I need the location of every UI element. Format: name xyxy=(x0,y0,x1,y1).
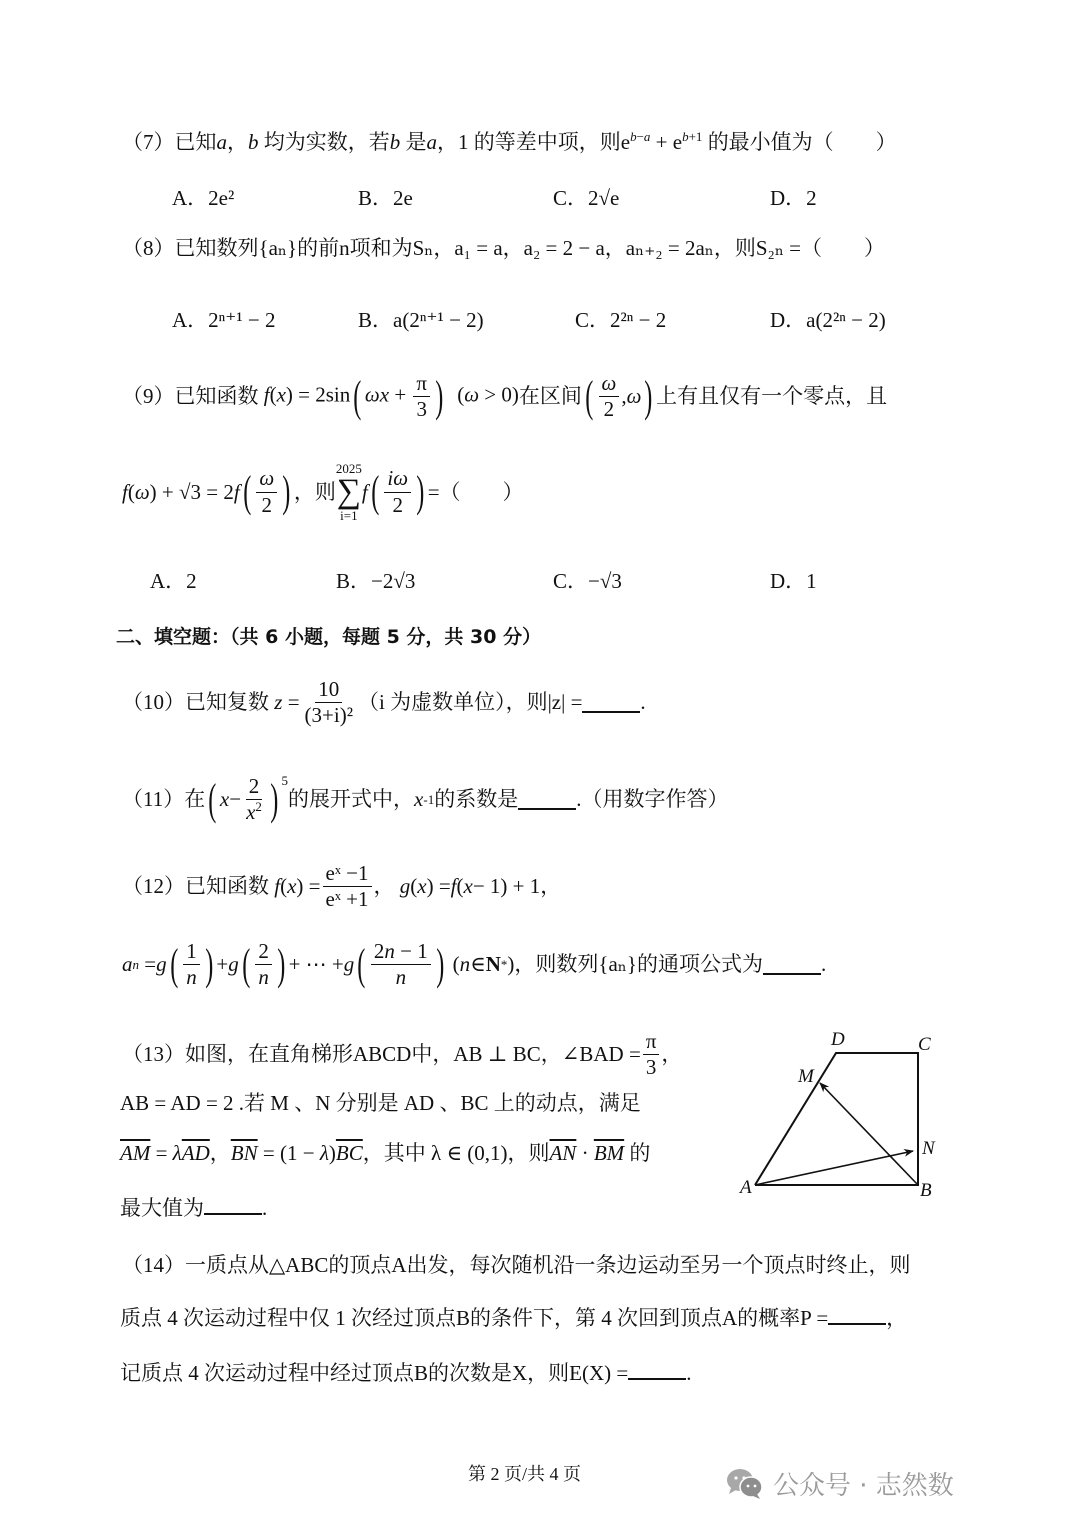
option-9a: A．2 xyxy=(150,565,197,595)
option-9d: D．1 xyxy=(770,565,817,595)
question-text: 如图，在直角梯形ABCD中，AB ⊥ BC，∠BAD = xyxy=(185,1044,641,1065)
label-c: C xyxy=(918,1034,931,1055)
watermark-text: 公众号 · 志然数 xyxy=(773,1465,954,1502)
watermark: 公众号 · 志然数 xyxy=(725,1465,954,1502)
answer-blank[interactable] xyxy=(828,1305,886,1325)
question-14-line-1: （14）一质点从△ABC的顶点A出发，每次随机沿一条边运动至另一个顶点时终止，则 xyxy=(122,1255,911,1276)
question-9-line-1: （9）已知函数 f(x) = 2sin(ωx + π3) (ω > 0) 在区间… xyxy=(122,372,887,421)
question-text: 最大值为 xyxy=(120,1196,204,1220)
question-number: （14） xyxy=(122,1253,185,1277)
option-8b: B．a(2ⁿ⁺¹ − 2) xyxy=(358,304,484,334)
option-8a: A．2ⁿ⁺¹ − 2 xyxy=(172,304,276,334)
question-number: （8） xyxy=(122,236,175,260)
question-text: 已知数列{aₙ}的前n项和为Sₙ，a₁ = a，a₂ = 2 − a，aₙ₊₂ … xyxy=(175,236,886,260)
option-7a: A．2e² xyxy=(172,182,234,212)
numerator: 10 xyxy=(315,678,342,703)
question-text: 一质点从△ABC的顶点A出发，每次随机沿一条边运动至另一个顶点时终止，则 xyxy=(185,1253,911,1277)
option-9c: C．−√3 xyxy=(553,565,622,595)
question-14-line-3: 记质点 4 次运动过程中经过顶点B的次数是X，则E(X) =. xyxy=(120,1360,692,1384)
question-text: 的最小值为（ ） xyxy=(708,130,897,154)
option-7d: D．2 xyxy=(770,182,817,212)
summation-symbol: 2025∑i=1 xyxy=(336,462,362,522)
question-text: 已知函数 xyxy=(175,386,259,407)
answer-blank[interactable] xyxy=(518,790,576,810)
question-text: 的等差中项，则 xyxy=(474,130,621,154)
label-a: A xyxy=(738,1177,752,1198)
page-footer: 第 2 页/共 4 页 xyxy=(468,1460,581,1486)
numerator: eˣ −1 xyxy=(323,862,372,887)
question-text: 是 xyxy=(406,130,427,154)
answer-blank[interactable] xyxy=(628,1360,686,1380)
question-text: . xyxy=(821,954,826,975)
question-13-line-1: （13）如图，在直角梯形ABCD中，AB ⊥ BC，∠BAD = π3， xyxy=(122,1030,682,1079)
sum-lower-limit: i=1 xyxy=(340,509,357,522)
answer-blank[interactable] xyxy=(763,955,821,975)
trapezoid-figure: A B C D M N xyxy=(720,1020,960,1220)
fraction: 10(3+i)² xyxy=(302,678,356,727)
question-number: （9） xyxy=(122,386,175,407)
question-text: 在 xyxy=(184,789,205,810)
question-13-line-3: AM = λAD，BN = (1 − λ)BC，其中 λ ∈ (0,1)，则AN… xyxy=(120,1143,650,1164)
question-text: .（用数字作答） xyxy=(576,789,728,810)
section-title: 二、填空题：（共 6 小题，每题 5 分，共 30 分） xyxy=(116,622,541,649)
question-14-line-2: 质点 4 次运动过程中仅 1 次经过顶点B的条件下，第 4 次回到顶点A的概率P… xyxy=(120,1305,907,1329)
label-n: N xyxy=(921,1138,936,1159)
question-text: 均为实数，若 xyxy=(264,130,390,154)
question-text: 的系数是 xyxy=(434,789,518,810)
question-11: （11）在 (x − 2x2)5 的展开式中， x-1 的系数是 .（用数字作答… xyxy=(122,775,728,824)
question-text: 质点 4 次运动过程中仅 1 次经过顶点B的条件下，第 4 次回到顶点A的概率P… xyxy=(120,1306,828,1330)
question-number: （13） xyxy=(122,1044,185,1065)
question-text: 上有且仅有一个零点，且 xyxy=(656,386,887,407)
question-text: 已知 xyxy=(175,130,217,154)
question-10: （10）已知复数 z = 10(3+i)² （i 为虚数单位），则|z| = . xyxy=(122,678,646,727)
answer-blank[interactable] xyxy=(582,693,640,713)
option-7c: C．2√e xyxy=(553,182,619,212)
option-8c: C．2²ⁿ − 2 xyxy=(575,304,666,334)
question-number: （7） xyxy=(122,130,175,154)
question-text: =（ ） xyxy=(428,482,524,503)
question-number: （10） xyxy=(122,692,185,713)
answer-blank[interactable] xyxy=(204,1195,262,1215)
question-13-line-4: 最大值为. xyxy=(120,1195,267,1219)
question-text: ，其中 λ ∈ (0,1)，则 xyxy=(363,1141,550,1165)
label-m: M xyxy=(797,1066,815,1087)
question-text: 的展开式中， xyxy=(288,789,414,810)
option-7b: B．2e xyxy=(358,182,413,212)
question-text: 已知复数 xyxy=(185,692,269,713)
label-b: B xyxy=(920,1180,932,1201)
question-text: ，则 xyxy=(294,482,336,503)
question-text: ，则数列{aₙ}的通项公式为 xyxy=(514,954,763,975)
question-text: 在区间 xyxy=(519,386,582,407)
question-12-line-2: an = g(1n) + g(2n) + ⋯ + g(2n − 1n) (n ∈… xyxy=(122,940,826,989)
question-text: ， xyxy=(374,876,395,897)
option-9b: B．−2√3 xyxy=(336,565,415,595)
question-13-line-2: AB = AD = 2 .若 M 、N 分别是 AD 、BC 上的动点，满足 xyxy=(120,1093,641,1114)
label-d: D xyxy=(830,1029,845,1050)
denominator: (3+i)² xyxy=(302,703,356,727)
question-text: . xyxy=(640,692,645,713)
option-8d: D．a(2²ⁿ − 2) xyxy=(770,304,886,334)
question-7: （7）已知a，b 均为实数，若b 是a，1 的等差中项，则eb−a + eb+1… xyxy=(122,132,897,153)
question-number: （11） xyxy=(122,789,184,810)
question-8: （8）已知数列{aₙ}的前n项和为Sₙ，a₁ = a，a₂ = 2 − a，aₙ… xyxy=(122,238,885,259)
question-text: （i 为虚数单位），则|z| = xyxy=(358,692,582,713)
question-text: 已知函数 xyxy=(185,876,269,897)
question-text: 的 xyxy=(629,1141,650,1165)
question-9-line-2: f(ω) + √3 = 2f(ω2) ，则 2025∑i=1 f(iω2) =（… xyxy=(122,462,524,522)
question-12-line-1: （12）已知函数 f(x) = eˣ −1eˣ +1 ， g(x) = f(x … xyxy=(122,862,561,911)
question-number: （12） xyxy=(122,876,185,897)
wechat-icon xyxy=(725,1467,765,1501)
denominator: eˣ +1 xyxy=(323,887,372,911)
question-text: 记质点 4 次运动过程中经过顶点B的次数是X，则E(X) = xyxy=(120,1361,628,1385)
